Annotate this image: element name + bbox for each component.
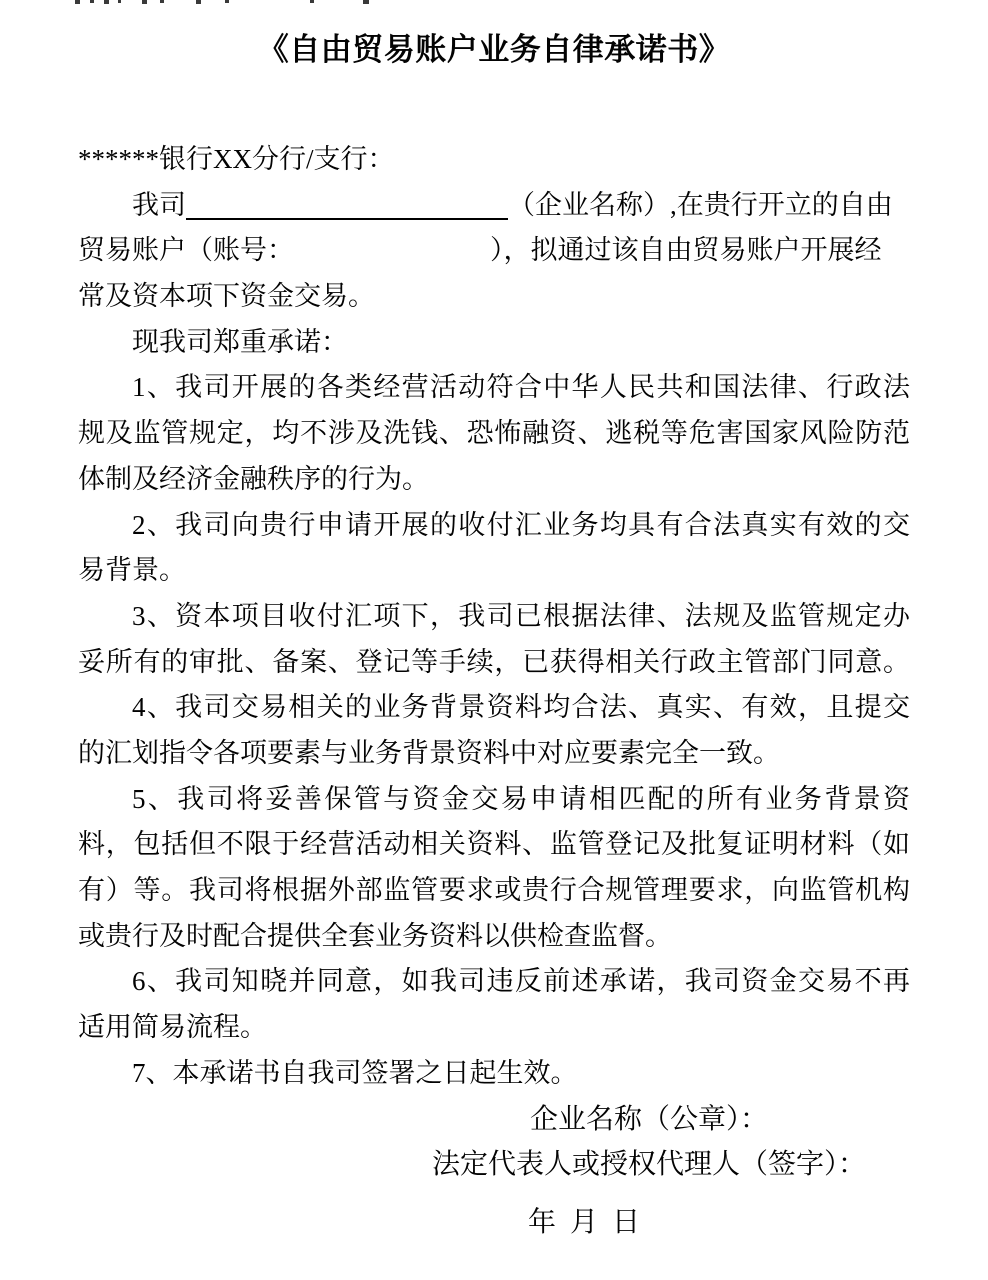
document-page: 《自由贸易账户业务自律承诺书》 ******银行XX分行/支行：我司（企业名称）… bbox=[0, 0, 988, 1280]
text-line: 或贵行及时配合提供全套业务资料以供检查监督。 bbox=[78, 914, 910, 960]
text-segment: 我司 bbox=[132, 190, 186, 220]
salutation-line: ******银行XX分行/支行： bbox=[78, 137, 910, 183]
text-segment: 贸易账户（账号： bbox=[78, 235, 294, 265]
text-line: 妥所有的审批、备案、登记等手续，已获得相关行政主管部门同意。 bbox=[78, 640, 910, 686]
text-segment: （企业名称）,在贵行开立的自由 bbox=[508, 190, 893, 220]
text-line: 5、我司将妥善保管与资金交易申请相匹配的所有业务背景资 bbox=[78, 777, 910, 823]
date-line: 年 月 日 bbox=[528, 1206, 640, 1239]
text-line: 现我司郑重承诺： bbox=[78, 320, 910, 366]
document-body: ******银行XX分行/支行：我司（企业名称）,在贵行开立的自由贸易账户（账号… bbox=[78, 137, 910, 1096]
text-line: 规及监管规定，均不涉及洗钱、恐怖融资、逃税等危害国家风险防范 bbox=[78, 411, 910, 457]
text-line: 3、资本项目收付汇项下，我司已根据法律、法规及监管规定办 bbox=[78, 594, 910, 640]
document-title: 《自由贸易账户业务自律承诺书》 bbox=[0, 24, 988, 69]
text-line: 有）等。我司将根据外部监管要求或贵行合规管理要求，向监管机构 bbox=[78, 868, 910, 914]
opening-line-1: 我司（企业名称）,在贵行开立的自由 bbox=[78, 183, 910, 229]
text-line: 易背景。 bbox=[78, 548, 910, 594]
account-number-blank bbox=[294, 258, 490, 259]
text-line: 适用简易流程。 bbox=[78, 1005, 910, 1051]
text-line: 7、本承诺书自我司签署之日起生效。 bbox=[78, 1051, 910, 1097]
text-line: 常及资本项下资金交易。 bbox=[78, 274, 910, 320]
text-line: 6、我司知晓并同意，如我司违反前述承诺，我司资金交易不再 bbox=[78, 959, 910, 1005]
text-line: 4、我司交易相关的业务背景资料均合法、真实、有效，且提交 bbox=[78, 685, 910, 731]
text-line: 的汇划指令各项要素与业务背景资料中对应要素完全一致。 bbox=[78, 731, 910, 777]
company-name-blank bbox=[186, 214, 508, 220]
company-seal-line: 企业名称（公章）： bbox=[530, 1103, 768, 1136]
text-line: 体制及经济金融秩序的行为。 bbox=[78, 457, 910, 503]
legal-representative-signature-line: 法定代表人或授权代理人（签字）： bbox=[432, 1148, 866, 1181]
text-line: 2、我司向贵行申请开展的收付汇业务均具有合法真实有效的交 bbox=[78, 503, 910, 549]
text-segment: ），拟通过该自由贸易账户开展经 bbox=[490, 235, 882, 265]
text-line: 1、我司开展的各类经营活动符合中华人民共和国法律、行政法 bbox=[78, 365, 910, 411]
text-line: 料，包括但不限于经营活动相关资料、监管登记及批复证明材料（如 bbox=[78, 822, 910, 868]
opening-line-2: 贸易账户（账号：），拟通过该自由贸易账户开展经 bbox=[78, 228, 910, 274]
